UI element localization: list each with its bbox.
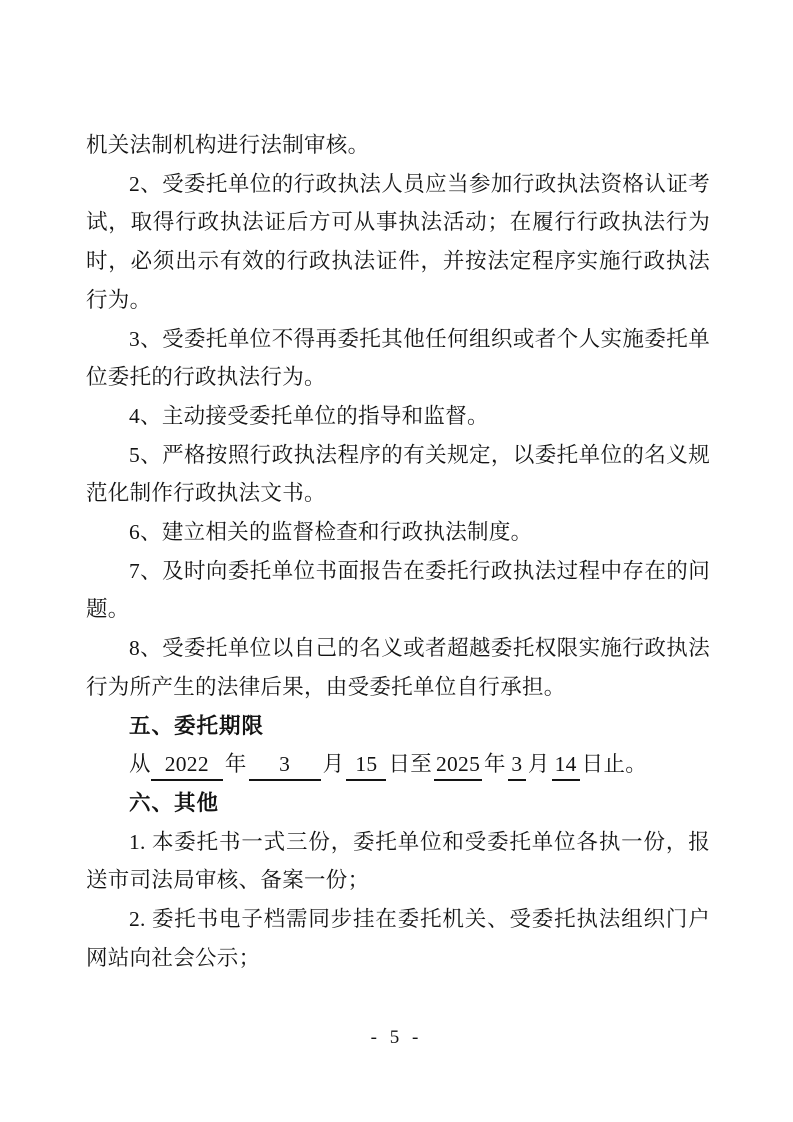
clause-4-paragraph: 4、主动接受委托单位的指导和监督。 — [86, 397, 710, 436]
period-to-day-blank: 14 — [552, 749, 580, 781]
period-year-unit-1: 年 — [223, 752, 249, 776]
clause-3-paragraph: 3、受委托单位不得再委托其他任何组织或者个人实施委托单位委托的行政执法行为。 — [86, 320, 710, 397]
clause-5-paragraph: 5、严格按照行政执法程序的有关规定，以委托单位的名义规范化制作行政执法文书。 — [86, 436, 710, 513]
section-six-heading: 六、其他 — [86, 784, 710, 823]
document-body: 机关法制机构进行法制审核。 2、受委托单位的行政执法人员应当参加行政执法资格认证… — [86, 126, 710, 977]
clause-7-paragraph: 7、及时向委托单位书面报告在委托行政执法过程中存在的问题。 — [86, 552, 710, 629]
document-page: 机关法制机构进行法制审核。 2、受委托单位的行政执法人员应当参加行政执法资格认证… — [0, 0, 793, 1122]
paragraph-continuation: 机关法制机构进行法制审核。 — [86, 126, 710, 165]
period-from-year-blank: 2022 — [151, 749, 223, 781]
period-end-label: 日止。 — [580, 752, 649, 776]
period-from-label: 从 — [129, 752, 151, 776]
section-five-heading: 五、委托期限 — [86, 707, 710, 746]
other-item-1-paragraph: 1. 本委托书一式三份，委托单位和受委托单位各执一份，报送市司法局审核、备案一份… — [86, 823, 710, 900]
other-item-2-paragraph: 2. 委托书电子档需同步挂在委托机关、受委托执法组织门户网站向社会公示； — [86, 900, 710, 977]
clause-6-paragraph: 6、建立相关的监督检查和行政执法制度。 — [86, 513, 710, 552]
period-year-unit-2: 年 — [482, 752, 508, 776]
period-from-day-blank: 15 — [346, 749, 386, 781]
delegation-period-line: 从2022年3月15日至2025年3月14日止。 — [86, 745, 710, 784]
clause-8-paragraph: 8、受委托单位以自己的名义或者超越委托权限实施行政执法行为所产生的法律后果，由受… — [86, 629, 710, 706]
period-from-month-blank: 3 — [249, 749, 321, 781]
period-month-unit-1: 月 — [321, 752, 347, 776]
clause-2-paragraph: 2、受委托单位的行政执法人员应当参加行政执法资格认证考试，取得行政执法证后方可从… — [86, 165, 710, 320]
period-month-unit-2: 月 — [526, 752, 552, 776]
page-number: - 5 - — [0, 1027, 793, 1049]
period-to-month-blank: 3 — [508, 749, 526, 781]
period-to-label: 日至 — [386, 752, 434, 776]
period-to-year-blank: 2025 — [434, 749, 482, 781]
